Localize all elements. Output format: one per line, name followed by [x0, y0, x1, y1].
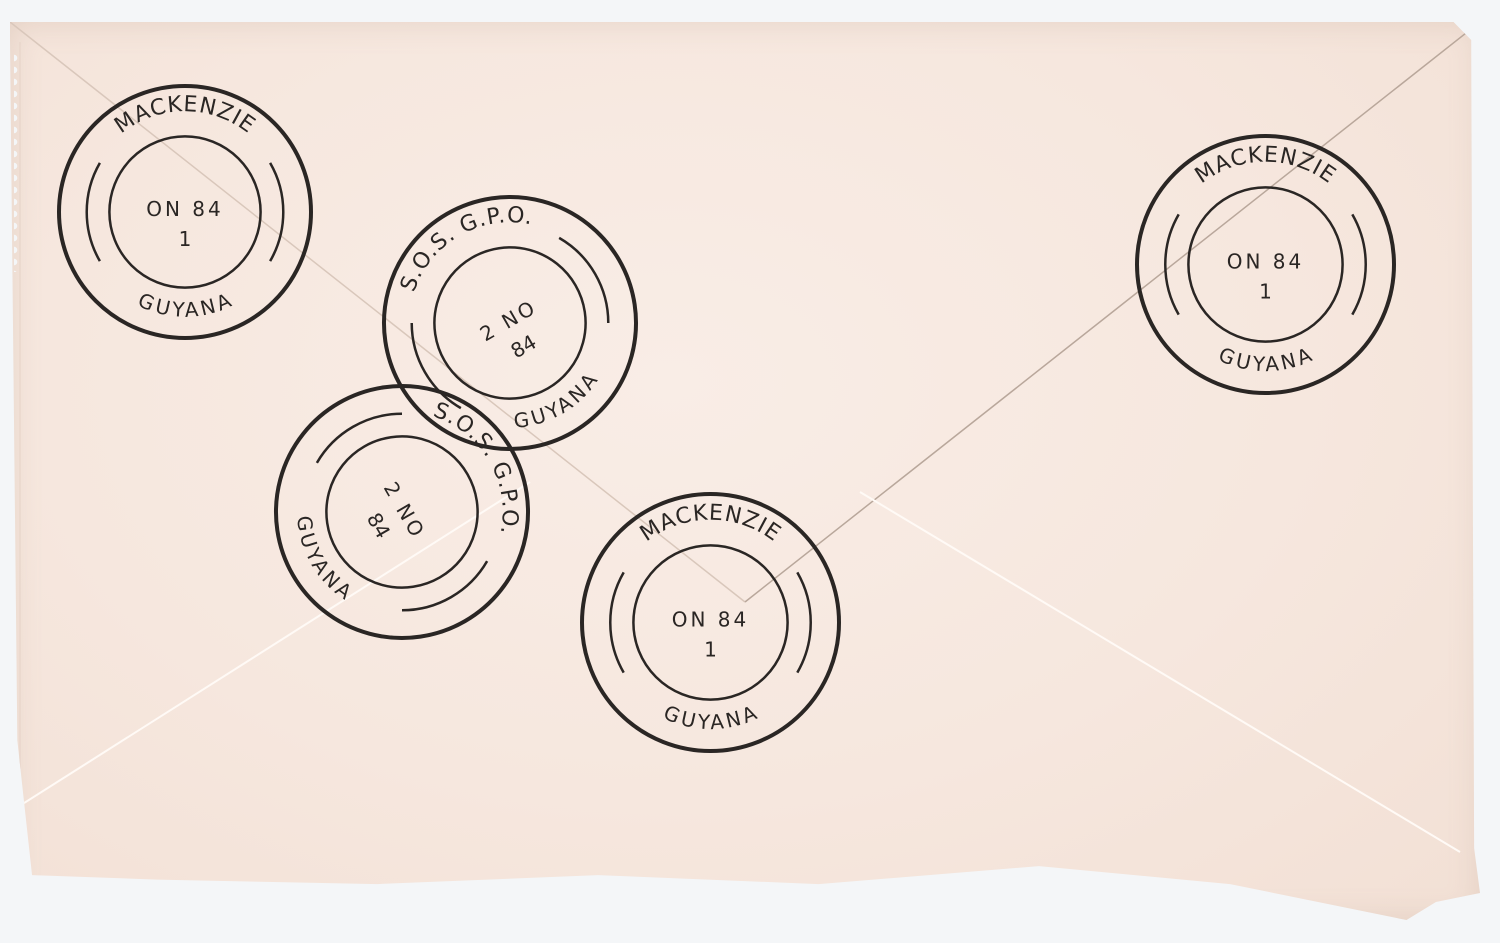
svg-text:GUYANA: GUYANA — [282, 506, 362, 611]
svg-text:MACKENZIE: MACKENZIE — [636, 501, 786, 547]
svg-text:1: 1 — [704, 638, 717, 662]
svg-text:MACKENZIE: MACKENZIE — [1191, 143, 1341, 189]
postmark-mackenzie-top-left: MACKENZIEGUYANAON 841 — [55, 82, 315, 347]
svg-text:GUYANA: GUYANA — [135, 288, 236, 322]
svg-text:ON 84: ON 84 — [1227, 250, 1305, 274]
postmark-sos-gpo-lower-left: S.O.S. G.P.O.GUYANA2 NO84 — [272, 382, 532, 647]
svg-text:GUYANA: GUYANA — [660, 700, 761, 734]
svg-text:1: 1 — [179, 227, 192, 251]
postmark-mackenzie-right: MACKENZIEGUYANAON 841 — [1133, 132, 1398, 402]
perforated-edge — [14, 52, 24, 272]
svg-text:84: 84 — [362, 508, 396, 542]
svg-text:ON 84: ON 84 — [672, 608, 750, 632]
svg-text:84: 84 — [506, 330, 540, 364]
svg-text:GUYANA: GUYANA — [1215, 342, 1316, 376]
svg-text:1: 1 — [1259, 280, 1272, 304]
svg-text:ON 84: ON 84 — [146, 197, 224, 221]
postmark-mackenzie-bottom-center: MACKENZIEGUYANAON 841 — [578, 490, 843, 760]
